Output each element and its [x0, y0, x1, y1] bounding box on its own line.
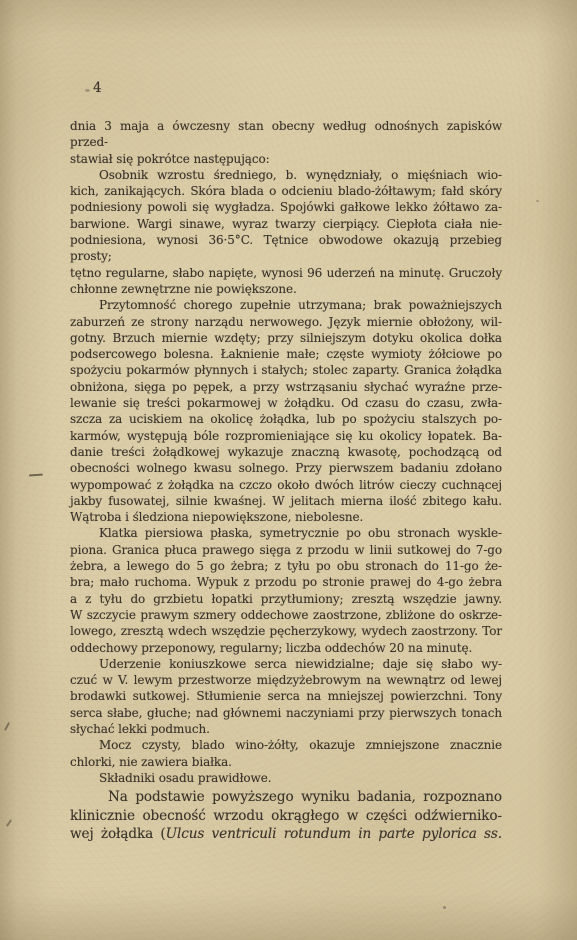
- text-block: dnia 3 maja a ówczesny stan obecny wedłu…: [70, 118, 502, 844]
- text-line: oddechowy przeponowy, regularny; liczba …: [70, 640, 502, 656]
- text-line: Składniki osadu prawidłowe.: [70, 770, 502, 786]
- ink-speck: [4, 722, 10, 731]
- text-line: danie treści żołądkowej wykazuje znaczną…: [70, 444, 502, 460]
- text-run: żebra, a lewego do 5 go żebra; z tyłu po…: [70, 559, 502, 573]
- text-line: podniesiony powoli się wygładza. Spojówk…: [70, 199, 502, 215]
- text-run: lewanie się treści pokarmowej w żołądku.…: [70, 396, 502, 410]
- text-run: Składniki osadu prawidłowe.: [99, 771, 271, 785]
- page-number: 4: [93, 80, 102, 96]
- text-run: chłonne zewnętrzne nie powiększone.: [70, 282, 297, 296]
- text-line: szcza za uciskiem na okolicę żołądka, lu…: [70, 411, 502, 427]
- paragraph: Uderzenie koniuszkowe serca niewidzialne…: [70, 656, 502, 737]
- text-run: szcza za uciskiem na okolicę żołądka, lu…: [70, 412, 502, 426]
- text-line: Osobnik wzrostu średniego, b. wynędzniał…: [70, 167, 502, 183]
- text-run: słychać lekki podmuch.: [70, 722, 210, 736]
- text-run: Osobnik wzrostu średniego, b. wynędzniał…: [99, 168, 502, 182]
- closing-paragraph: Na podstawie powyższego wyniku badania, …: [70, 788, 502, 844]
- ink-speck: [85, 89, 90, 92]
- closing-text: Na podstawie powyższego wyniku badania, …: [70, 788, 502, 844]
- text-run: W szczycie prawym szmery oddechowe zaost…: [70, 608, 502, 622]
- ink-speck: [536, 200, 539, 202]
- latin-diagnosis-italic: Ulcus ventriculi rotundum in parte pylor…: [166, 826, 502, 842]
- text-run: oddechowy przeponowy, regularny; liczba …: [70, 641, 472, 655]
- body-text: dnia 3 maja a ówczesny stan obecny wedłu…: [70, 118, 502, 786]
- text-line: podsercowego bolesna. Łaknienie małe; cz…: [70, 346, 502, 362]
- text-run: bra; mało ruchoma. Wypuk z przodu po str…: [70, 575, 502, 589]
- text-line: Klatka piersiowa płaska, symetrycznie po…: [70, 525, 502, 541]
- text-run: Wątroba i śledziona niepowiększone, nieb…: [70, 510, 363, 524]
- text-run: klinicznie obecność wrzodu okrągłego w c…: [70, 808, 502, 824]
- text-line: czuć w V. lewym przestworze międzyżebrow…: [70, 672, 502, 688]
- text-line: Uderzenie koniuszkowe serca niewidzialne…: [70, 656, 502, 672]
- paragraph: Przytomność chorego zupełnie utrzymana; …: [70, 297, 502, 525]
- text-run: Przytomność chorego zupełnie utrzymana; …: [99, 298, 502, 312]
- text-line: lewanie się treści pokarmowej w żołądku.…: [70, 395, 502, 411]
- text-line: spożyciu pokarmów płynnych i stałych; st…: [70, 362, 502, 378]
- text-run: obecności wolnego kwasu solnego. Przy pi…: [70, 461, 502, 475]
- text-run: podniesiona, wynosi 36·5°C. Tętnice obwo…: [70, 233, 502, 263]
- text-line: klinicznie obecność wrzodu okrągłego w c…: [70, 807, 502, 826]
- text-run: spożyciu pokarmów płynnych i stałych; st…: [70, 363, 502, 377]
- text-run: Uderzenie koniuszkowe serca niewidzialne…: [99, 657, 502, 671]
- text-line: Przytomność chorego zupełnie utrzymana; …: [70, 297, 502, 313]
- text-run: gotny. Brzuch miernie wzdęty; przy silni…: [70, 331, 502, 345]
- text-run: kich, zanikających. Skóra blada o odcien…: [70, 184, 502, 198]
- text-line: bra; mało ruchoma. Wypuk z przodu po str…: [70, 574, 502, 590]
- text-line: słychać lekki podmuch.: [70, 721, 502, 737]
- text-run: stawiał się pokrótce następująco:: [70, 152, 270, 166]
- text-line: Na podstawie powyższego wyniku badania, …: [70, 788, 502, 807]
- text-line: kich, zanikających. Skóra blada o odcien…: [70, 183, 502, 199]
- text-line: podniesiona, wynosi 36·5°C. Tętnice obwo…: [70, 232, 502, 265]
- text-line: tętno regularne, słabo napięte, wynosi 9…: [70, 265, 502, 281]
- text-line: serca słabe, głuche; nad głównemi naczyn…: [70, 705, 502, 721]
- text-line: dnia 3 maja a ówczesny stan obecny wedłu…: [70, 118, 502, 151]
- text-run: jakby fusowatej, silnie kwaśnej. W jelit…: [70, 494, 502, 508]
- text-run: podniesiony powoli się wygładza. Spojówk…: [70, 200, 502, 214]
- paragraph: dnia 3 maja a ówczesny stan obecny wedłu…: [70, 118, 502, 167]
- text-run: serca słabe, głuche; nad głównemi naczyn…: [70, 706, 502, 720]
- text-run: wej żołądka (: [70, 826, 166, 842]
- book-page: 4 dnia 3 maja a ówczesny stan obecny wed…: [0, 0, 577, 940]
- text-run: karmów, występują bóle rozpromieniające …: [70, 429, 502, 443]
- text-run: a z tyłu do grzbietu łopatki przytłumion…: [70, 592, 502, 606]
- text-run: barwione. Wargi sinawe, wyraz twarzy cie…: [70, 217, 502, 231]
- margin-dash-mark: [29, 474, 43, 477]
- text-line: W szczycie prawym szmery oddechowe zaost…: [70, 607, 502, 623]
- text-line: obecności wolnego kwasu solnego. Przy pi…: [70, 460, 502, 476]
- text-run: czuć w V. lewym przestworze międzyżebrow…: [70, 673, 502, 687]
- text-line: żebra, a lewego do 5 go żebra; z tyłu po…: [70, 558, 502, 574]
- text-run: chlorki, nie zawiera białka.: [70, 755, 232, 769]
- text-line: barwione. Wargi sinawe, wyraz twarzy cie…: [70, 216, 502, 232]
- text-run: dnia 3 maja a ówczesny stan obecny wedłu…: [70, 119, 502, 149]
- paragraph: Składniki osadu prawidłowe.: [70, 770, 502, 786]
- text-run: Klatka piersiowa płaska, symetrycznie po…: [99, 526, 502, 540]
- text-run: piona. Granica płuca prawego sięga z prz…: [70, 543, 502, 557]
- text-run: Mocz czysty, blado wino-żółty, okazuje z…: [99, 738, 502, 752]
- text-run: wypompować z żołądka na czczo około dwóc…: [70, 478, 502, 492]
- text-run: Na podstawie powyższego wyniku badania, …: [108, 789, 502, 805]
- ink-speck: [443, 906, 446, 909]
- text-line: Mocz czysty, blado wino-żółty, okazuje z…: [70, 737, 502, 753]
- text-line: karmów, występują bóle rozpromieniające …: [70, 428, 502, 444]
- text-line: gotny. Brzuch miernie wzdęty; przy silni…: [70, 330, 502, 346]
- paragraph: Mocz czysty, blado wino-żółty, okazuje z…: [70, 737, 502, 770]
- text-line: Wątroba i śledziona niepowiększone, nieb…: [70, 509, 502, 525]
- text-line: obniżona, sięga po pępek, a przy wstrząs…: [70, 379, 502, 395]
- paragraph: Klatka piersiowa płaska, symetrycznie po…: [70, 525, 502, 655]
- text-run: zaburzeń ze strony narządu nerwowego. Ję…: [70, 315, 502, 329]
- paragraph: Osobnik wzrostu średniego, b. wynędzniał…: [70, 167, 502, 297]
- text-line: jakby fusowatej, silnie kwaśnej. W jelit…: [70, 493, 502, 509]
- text-line: zaburzeń ze strony narządu nerwowego. Ję…: [70, 314, 502, 330]
- text-line: piona. Granica płuca prawego sięga z prz…: [70, 542, 502, 558]
- text-line: brodawki sutkowej. Stłumienie serca na m…: [70, 688, 502, 704]
- text-run: brodawki sutkowej. Stłumienie serca na m…: [70, 689, 502, 703]
- ink-speck: [6, 819, 12, 827]
- text-run: lowego, zresztą wdech wszędzie pęcherzyk…: [70, 624, 502, 638]
- text-line: stawiał się pokrótce następująco:: [70, 151, 502, 167]
- text-run: podsercowego bolesna. Łaknienie małe; cz…: [70, 347, 502, 361]
- text-run: tętno regularne, słabo napięte, wynosi 9…: [70, 266, 502, 280]
- text-line: wej żołądka (Ulcus ventriculi rotundum i…: [70, 825, 502, 844]
- text-line: chłonne zewnętrzne nie powiększone.: [70, 281, 502, 297]
- text-line: wypompować z żołądka na czczo około dwóc…: [70, 477, 502, 493]
- text-line: a z tyłu do grzbietu łopatki przytłumion…: [70, 591, 502, 607]
- text-run: obniżona, sięga po pępek, a przy wstrząs…: [70, 380, 502, 394]
- text-line: chlorki, nie zawiera białka.: [70, 754, 502, 770]
- text-line: lowego, zresztą wdech wszędzie pęcherzyk…: [70, 623, 502, 639]
- text-run: danie treści żołądkowej wykazuje znaczną…: [70, 445, 502, 459]
